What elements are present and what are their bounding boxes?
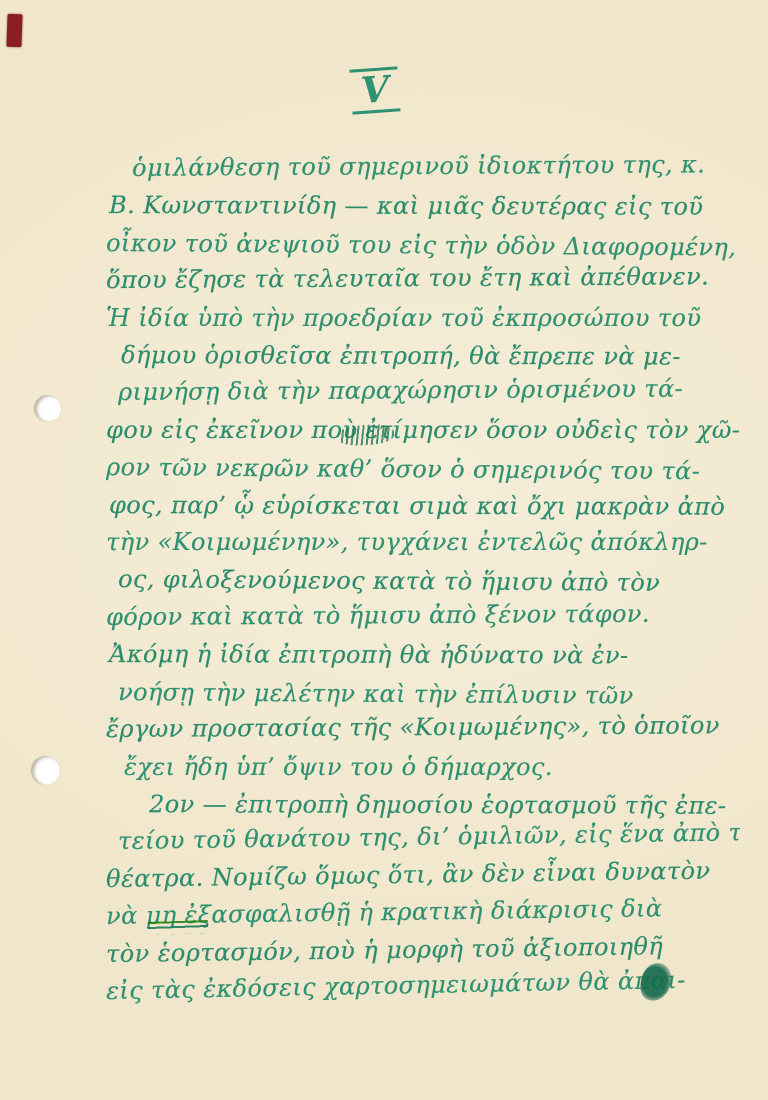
manuscript-line: ρον τῶν νεκρῶν καθ’ ὅσον ὁ σημερινός του… (106, 449, 740, 491)
strikethrough-mark (148, 920, 208, 935)
manuscript-line: φος, παρ’ ᾧ εὑρίσκεται σιμὰ καὶ ὄχι μακρ… (109, 487, 740, 526)
manuscript-line: ἔργων προστασίας τῆς «Κοιμωμένης», τὸ ὁπ… (106, 707, 740, 748)
manuscript-line: Ἡ ἰδία ὑπὸ τὴν προεδρίαν τοῦ ἐκπροσώπου … (106, 300, 740, 337)
manuscript-line: ριμνήσῃ διὰ τὴν παραχώρησιν ὁρισμένου τά… (118, 371, 740, 412)
page-number-wrap: V (339, 66, 412, 116)
manuscript-page: V ὁμιλάνθεση τοῦ σημερινοῦ ἰδιοκτήτου τη… (0, 0, 768, 1100)
handwritten-text-block: ὁμιλάνθεση τοῦ σημερινοῦ ἰδιοκτήτου της,… (106, 150, 740, 1030)
manuscript-line: ἔχει ἤδη ὑπ’ ὄψιν του ὁ δήμαρχος. (124, 749, 740, 786)
manuscript-line: ὅπου ἔζησε τὰ τελευταῖα του ἔτη καὶ ἀπέθ… (106, 258, 740, 299)
manuscript-line: Ἀκόμη ἡ ἰδία ἐπιτροπὴ θὰ ἠδύνατο νὰ ἐν- (109, 636, 740, 675)
manuscript-line: φου εἰς ἐκεῖνον ποὺ ἐτίμησεν ὅσον οὐδεὶς… (106, 412, 740, 449)
manuscript-line: τὴν «Κοιμωμένην», τυγχάνει ἐντελῶς ἀπόκλ… (106, 524, 740, 561)
manuscript-line: Β. Κωνσταντινίδη — καὶ μιᾶς δευτέρας εἰς… (109, 187, 740, 226)
red-corner-mark (6, 14, 22, 48)
page-number-roman: V (350, 66, 401, 114)
manuscript-line: ὁμιλάνθεση τοῦ σημερινοῦ ἰδιοκτήτου της,… (106, 150, 740, 187)
punch-hole-top-icon (34, 395, 61, 422)
manuscript-line: φόρον καὶ κατὰ τὸ ἥμισυ ἀπὸ ξένον τάφον. (106, 595, 740, 636)
punch-hole-bottom-icon (31, 756, 60, 785)
